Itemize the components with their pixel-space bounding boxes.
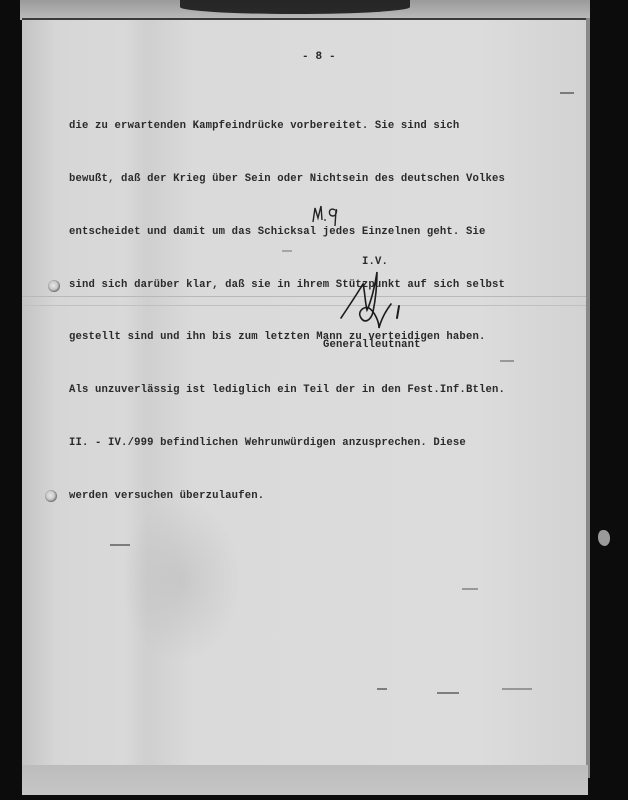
page-bottom-band: [22, 765, 588, 795]
body-line: werden versuchen überzulaufen.: [69, 488, 505, 506]
ink-mark: [500, 360, 514, 362]
page-right-edge: [586, 18, 590, 778]
punch-hole-icon: [45, 490, 57, 502]
body-line: gestellt sind und ihn bis zum letzten Ma…: [69, 329, 505, 347]
ink-mark: [462, 588, 478, 590]
tape-mark: [598, 530, 610, 546]
body-line: entscheidet und damit um das Schicksal j…: [69, 224, 505, 242]
punch-hole-icon: [48, 280, 60, 292]
body-line: sind sich darüber klar, daß sie in ihrem…: [69, 277, 505, 295]
signer-title: Generalleutnant: [323, 339, 421, 351]
ink-mark: [377, 688, 387, 690]
ink-mark: [502, 688, 532, 690]
ink-mark: [282, 250, 292, 252]
body-text: die zu erwartenden Kampfeindrücke vorber…: [69, 83, 505, 540]
page-number: - 8 -: [302, 51, 336, 63]
document-page: - 8 - die zu erwartenden Kampfeindrücke …: [22, 18, 590, 772]
body-line: die zu erwartenden Kampfeindrücke vorber…: [69, 118, 505, 136]
body-line: bewußt, daß der Krieg über Sein oder Nic…: [69, 171, 505, 189]
scan-shadow: [180, 0, 410, 14]
handwritten-initials-icon: [309, 198, 349, 228]
signature-icon: [335, 266, 415, 336]
ink-mark: [437, 692, 459, 694]
body-line: II. - IV./999 befindlichen Wehrunwürdige…: [69, 435, 505, 453]
body-line: Als unzuverlässig ist lediglich ein Teil…: [69, 382, 505, 400]
ink-mark: [110, 544, 130, 546]
scanned-document: - 8 - die zu erwartenden Kampfeindrücke …: [0, 0, 628, 800]
ink-mark: [560, 92, 574, 94]
